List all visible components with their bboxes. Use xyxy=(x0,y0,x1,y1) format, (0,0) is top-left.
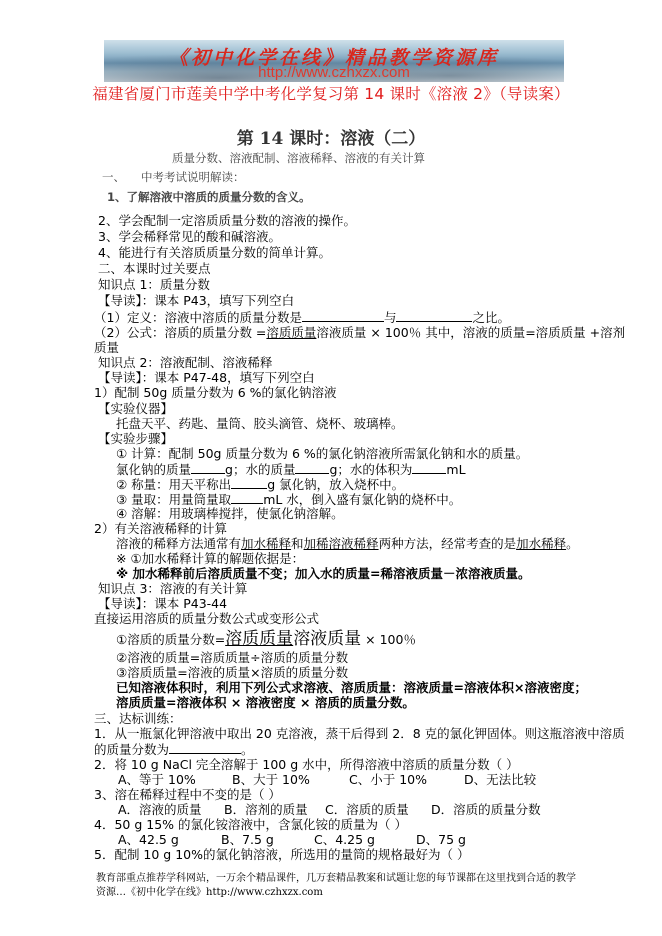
dilution-text: 。 xyxy=(566,536,579,551)
answer-blank[interactable] xyxy=(191,461,225,474)
option-c[interactable]: C、小于 10% xyxy=(349,772,427,787)
definition-mid: 与 xyxy=(384,310,397,325)
measure-prefix: ③ 量取：用量筒量取 xyxy=(116,492,231,507)
option-b[interactable]: B、大于 10% xyxy=(232,772,310,787)
banner-url[interactable]: http://www.czhxzx.com xyxy=(104,64,564,81)
kp1-formula-wrap: 质量 xyxy=(94,340,119,355)
step-calculate-blanks: 氯化钠的质量g；水的质量g；水的体积为mL xyxy=(116,461,466,477)
formula-numerator: 溶质质量 xyxy=(266,325,316,340)
definition-prefix: （1）定义：溶液中溶质的质量分数是 xyxy=(94,310,302,325)
formula-denominator: 溶液质量 xyxy=(316,325,366,340)
site-banner: 《初中化学在线》精品教学资源库 http://www.czhxzx.com xyxy=(104,40,564,82)
question-4: 4．50 g 15% 的氯化铵溶液中，含氯化铵的质量为（ ） xyxy=(94,817,407,832)
kp1-title: 知识点 1：质量分数 xyxy=(98,277,210,292)
step-dissolve: ④ 溶解：用玻璃棒搅拌，使氯化钠溶解。 xyxy=(116,506,344,521)
objective-item: 3、学会稀释常见的酸和碱溶液。 xyxy=(98,229,281,244)
dilution-note: ※ ①加水稀释计算的解题依据是： xyxy=(116,551,304,566)
apparatus-label: 【实验仪器】 xyxy=(98,401,173,416)
water-volume-label: g；水的体积为 xyxy=(329,462,412,477)
kp3-intro: 直接运用溶质的质量分数公式或变形公式 xyxy=(94,611,319,626)
footer-link[interactable]: 资源…《初中化学在线》http://www.czhxzx.com xyxy=(96,886,576,900)
kp2-guide: 【导读】：课本 P47-48，填写下列空白 xyxy=(98,370,315,385)
answer-blank[interactable] xyxy=(231,476,267,489)
objective-item: 4、能进行有关溶质质量分数的简单计算。 xyxy=(98,245,331,260)
question-text: 的质量分数为 xyxy=(94,742,169,757)
question-1: 1．从一瓶氯化钾溶液中取出 20 克溶液，蒸干后得到 2．8 克的氯化钾固体。则… xyxy=(94,726,625,741)
water-mass-label: g；水的质量 xyxy=(225,462,295,477)
kp2-task2: 2）有关溶液稀释的计算 xyxy=(94,521,227,536)
option-c[interactable]: C、4.25 g xyxy=(314,832,375,847)
objective-item: 1、了解溶液中溶质的质量分数的含义。 xyxy=(107,190,311,205)
step-measure: ③ 量取：用量筒量取mL 水，倒入盛有氯化钠的烧杯中。 xyxy=(116,491,461,507)
dilution-methods: 溶液的稀释方法通常有加水稀释和加稀溶液稀释两种方法，经常考查的是加水稀释。 xyxy=(116,536,579,551)
answer-blank[interactable] xyxy=(295,461,329,474)
dilution-method-common: 加水稀释 xyxy=(516,536,566,551)
kp2-task1: 1）配制 50g 质量分数为 6 %的氯化钠溶液 xyxy=(94,385,337,400)
option-a[interactable]: A、42.5 g xyxy=(118,832,179,847)
kp1-guide: 【导读】：课本 P43，填写下列空白 xyxy=(98,293,294,308)
question-3: 3、溶在稀释过程中不变的是（ ） xyxy=(94,787,281,802)
footer-line: 教育部重点推荐学科网站，一万余个精品课件，几万套精品教案和试题让您的每节课都在这… xyxy=(96,872,576,886)
option-b[interactable]: B、7.5 g xyxy=(221,832,274,847)
section1-number: 一、 xyxy=(102,170,125,185)
dilution-rule: ※ 加水稀释前后溶质质量不变；加入水的质量=稀溶液质量－浓溶液质量。 xyxy=(116,566,530,581)
answer-blank[interactable] xyxy=(169,741,241,754)
answer-blank[interactable] xyxy=(302,309,384,322)
document-title: 福建省厦门市莲美中学中考化学复习第 14 课时《溶液 2》（导读案） xyxy=(0,82,662,104)
formula-volume-note: 已知溶液体积时，利用下列公式求溶液、溶质质量：溶液质量=溶液体积×溶液密度； xyxy=(116,680,587,695)
objective-item: 2、学会配制一定溶质质量分数的溶液的操作。 xyxy=(98,213,356,228)
section1-heading: 中考考试说明解读： xyxy=(141,170,245,185)
answer-blank[interactable] xyxy=(231,491,263,504)
steps-label: 【实验步骤】 xyxy=(98,431,173,446)
lesson-subtitle: 质量分数、溶液配制、溶液稀释、溶液的有关计算 xyxy=(172,151,425,166)
formula-numerator: 溶质质量 xyxy=(225,629,293,649)
weigh-suffix: g 氯化钠，放入烧杯中。 xyxy=(267,477,404,492)
dilution-text: 溶液的稀释方法通常有 xyxy=(116,536,241,551)
measure-suffix: mL 水，倒入盛有氯化钠的烧杯中。 xyxy=(263,492,461,507)
step-weigh: ② 称量：用天平称出g 氯化钠，放入烧杯中。 xyxy=(116,476,404,492)
kp3-title: 知识点 3：溶液的有关计算 xyxy=(98,581,247,596)
nacl-mass-label: 氯化钠的质量 xyxy=(116,462,191,477)
formula-solute-mass: ③溶质质量=溶液的质量×溶质的质量分数 xyxy=(116,665,348,680)
dilution-text: 和 xyxy=(291,536,304,551)
option-a[interactable]: A、等于 10% xyxy=(118,772,196,787)
formula-prefix: ①溶质的质量分数= xyxy=(116,632,225,647)
unit-ml: mL xyxy=(446,462,465,477)
question-1-cont: 的质量分数为。 xyxy=(94,741,254,757)
formula-denominator: 溶液质量 xyxy=(293,629,361,649)
dilution-method-dilute: 加稀溶液稀释 xyxy=(304,536,379,551)
question-2: 2．将 10 g NaCl 完全溶解于 100 g 水中，所得溶液中溶质的质量分… xyxy=(94,757,519,772)
step-calculate: ① 计算：配制 50g 质量分数为 6 %的氯化钠溶液所需氯化钠和水的质量。 xyxy=(116,446,528,461)
formula-suffix: × 100％ xyxy=(361,632,416,647)
footer-promo: 教育部重点推荐学科网站，一万余个精品课件，几万套精品教案和试题让您的每节课都在这… xyxy=(96,872,576,900)
kp1-definition: （1）定义：溶液中溶质的质量分数是与之比。 xyxy=(94,309,510,325)
kp2-title: 知识点 2：溶液配制、溶液稀释 xyxy=(98,355,272,370)
apparatus-list: 托盘天平、药匙、量筒、胶头滴管、烧杯、玻璃棒。 xyxy=(116,416,404,431)
answer-blank[interactable] xyxy=(396,309,472,322)
kp1-formula: （2）公式：溶质的质量分数 =溶质质量溶液质量 × 100％ 其中，溶液的质量=… xyxy=(94,325,625,340)
formula-mass-fraction: ①溶质的质量分数=溶质质量溶液质量 × 100％ xyxy=(116,629,416,650)
section2-heading: 二、本课时过关要点 xyxy=(98,261,211,276)
option-a[interactable]: A．溶液的质量 xyxy=(118,802,202,817)
formula-prefix: （2）公式：溶质的质量分数 = xyxy=(94,325,266,340)
question-text: 。 xyxy=(241,742,254,757)
formula-volume: 溶质质量=溶液体积 × 溶液密度 × 溶质的质量分数。 xyxy=(116,695,415,710)
option-d[interactable]: D．溶质的质量分数 xyxy=(431,802,541,817)
formula-suffix: × 100％ 其中，溶液的质量=溶质质量 +溶剂 xyxy=(366,325,625,340)
definition-suffix: 之比。 xyxy=(472,310,510,325)
option-b[interactable]: B．溶剂的质量 xyxy=(224,802,308,817)
dilution-method-water: 加水稀释 xyxy=(241,536,291,551)
answer-blank[interactable] xyxy=(412,461,446,474)
kp3-guide: 【导读】：课本 P43-44 xyxy=(98,596,227,611)
lesson-title: 第 14 课时：溶液（二） xyxy=(0,124,662,149)
option-d[interactable]: D、无法比较 xyxy=(464,772,536,787)
section3-heading: 三、达标训练： xyxy=(94,711,182,726)
dilution-text: 两种方法，经常考查的是 xyxy=(379,536,517,551)
option-c[interactable]: C．溶质的质量 xyxy=(325,802,409,817)
option-d[interactable]: D、75 g xyxy=(416,832,466,847)
weigh-prefix: ② 称量：用天平称出 xyxy=(116,477,231,492)
question-5: 5．配制 10 g 10%的氯化钠溶液，所选用的量筒的规格最好为（ ） xyxy=(94,847,469,862)
formula-solution-mass: ②溶液的质量=溶质质量÷溶质的质量分数 xyxy=(116,650,348,665)
